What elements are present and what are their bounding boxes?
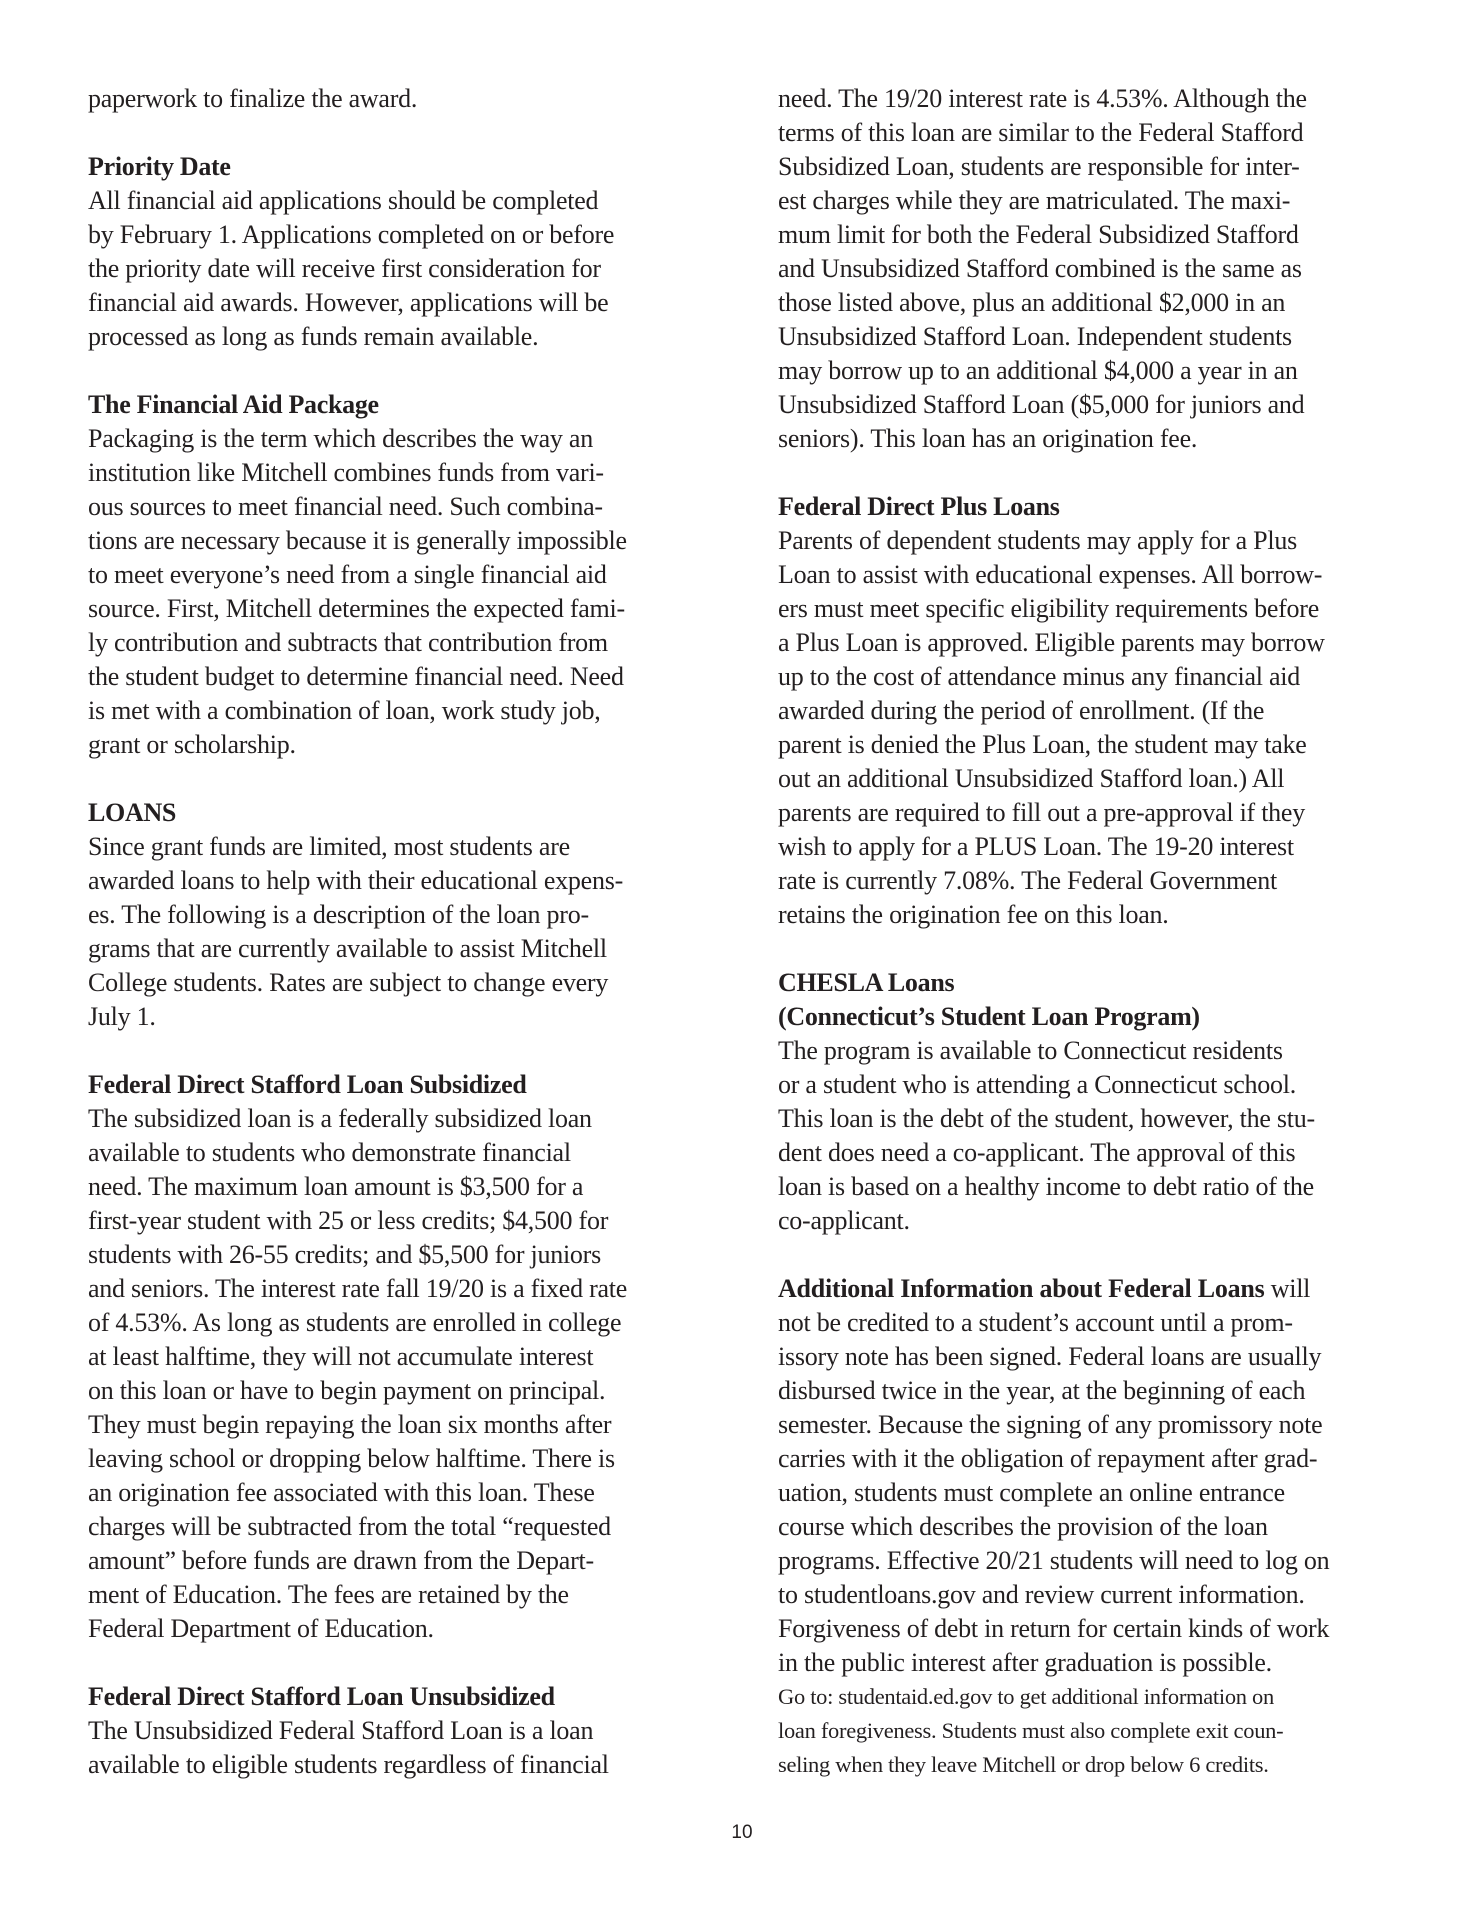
- text-line: parent is denied the Plus Loan, the stud…: [778, 728, 1418, 762]
- section-financial-aid-package: The Financial Aid Package Packaging is t…: [88, 388, 728, 762]
- text-line: the priority date will receive first con…: [88, 252, 728, 286]
- inline-text: will: [1264, 1274, 1310, 1303]
- text-line: by February 1. Applications completed on…: [88, 218, 728, 252]
- section-stafford-subsidized: Federal Direct Stafford Loan Subsidized …: [88, 1068, 728, 1646]
- text-line: rate is currently 7.08%. The Federal Gov…: [778, 864, 1418, 898]
- stafford-unsubsidized-continued: need. The 19/20 interest rate is 4.53%. …: [778, 82, 1418, 456]
- text-line-small: seling when they leave Mitchell or drop …: [778, 1748, 1418, 1782]
- text-line: All financial aid applications should be…: [88, 184, 728, 218]
- intro-paragraph: paperwork to finalize the award.: [88, 82, 728, 116]
- text-line: processed as long as funds remain availa…: [88, 320, 728, 354]
- text-line: to studentloans.gov and review current i…: [778, 1578, 1418, 1612]
- text-line: paperwork to finalize the award.: [88, 82, 728, 116]
- section-subheading: (Connecticut’s Student Loan Program): [778, 1000, 1418, 1034]
- text-line: an origination fee associated with this …: [88, 1476, 728, 1510]
- text-line: wish to apply for a PLUS Loan. The 19-20…: [778, 830, 1418, 864]
- text-line: is met with a combination of loan, work …: [88, 694, 728, 728]
- text-line: in the public interest after graduation …: [778, 1646, 1418, 1680]
- text-line: seniors). This loan has an origination f…: [778, 422, 1418, 456]
- text-line: not be credited to a student’s account u…: [778, 1306, 1418, 1340]
- text-line: those listed above, plus an additional $…: [778, 286, 1418, 320]
- section-loans: LOANS Since grant funds are limited, mos…: [88, 796, 728, 1034]
- text-line: ment of Education. The fees are retained…: [88, 1578, 728, 1612]
- section-priority-date: Priority Date All financial aid applicat…: [88, 150, 728, 354]
- text-line: College students. Rates are subject to c…: [88, 966, 728, 1000]
- text-line: the student budget to determine financia…: [88, 660, 728, 694]
- text-line: dent does need a co-applicant. The appro…: [778, 1136, 1418, 1170]
- text-line: grams that are currently available to as…: [88, 932, 728, 966]
- section-heading: Federal Direct Plus Loans: [778, 490, 1418, 524]
- text-line: Parents of dependent students may apply …: [778, 524, 1418, 558]
- text-line: es. The following is a description of th…: [88, 898, 728, 932]
- text-line: parents are required to fill out a pre-a…: [778, 796, 1418, 830]
- text-line: uation, students must complete an online…: [778, 1476, 1418, 1510]
- text-line: issory note has been signed. Federal loa…: [778, 1340, 1418, 1374]
- text-line: awarded loans to help with their educati…: [88, 864, 728, 898]
- text-line: retains the origination fee on this loan…: [778, 898, 1418, 932]
- text-line: or a student who is attending a Connecti…: [778, 1068, 1418, 1102]
- text-line: leaving school or dropping below halftim…: [88, 1442, 728, 1476]
- text-line: ous sources to meet financial need. Such…: [88, 490, 728, 524]
- text-line: grant or scholarship.: [88, 728, 728, 762]
- text-line: charges will be subtracted from the tota…: [88, 1510, 728, 1544]
- text-line: loan is based on a healthy income to deb…: [778, 1170, 1418, 1204]
- section-chesla-loans: CHESLA Loans (Connecticut’s Student Loan…: [778, 966, 1418, 1238]
- text-line: need. The 19/20 interest rate is 4.53%. …: [778, 82, 1418, 116]
- text-line: and seniors. The interest rate fall 19/2…: [88, 1272, 728, 1306]
- text-line: need. The maximum loan amount is $3,500 …: [88, 1170, 728, 1204]
- text-line: may borrow up to an additional $4,000 a …: [778, 354, 1418, 388]
- text-line: carries with it the obligation of repaym…: [778, 1442, 1418, 1476]
- text-line: amount” before funds are drawn from the …: [88, 1544, 728, 1578]
- text-line: financial aid awards. However, applicati…: [88, 286, 728, 320]
- inline-heading: Additional Information about Federal Loa…: [778, 1274, 1264, 1303]
- text-line: of 4.53%. As long as students are enroll…: [88, 1306, 728, 1340]
- section-heading: Priority Date: [88, 150, 728, 184]
- text-line: Additional Information about Federal Loa…: [778, 1272, 1418, 1306]
- text-line: ers must meet specific eligibility requi…: [778, 592, 1418, 626]
- text-line: students with 26-55 credits; and $5,500 …: [88, 1238, 728, 1272]
- text-line: Unsubsidized Stafford Loan ($5,000 for j…: [778, 388, 1418, 422]
- text-line: available to students who demonstrate fi…: [88, 1136, 728, 1170]
- text-line: Loan to assist with educational expenses…: [778, 558, 1418, 592]
- text-line: This loan is the debt of the student, ho…: [778, 1102, 1418, 1136]
- text-line: co-applicant.: [778, 1204, 1418, 1238]
- text-line: ly contribution and subtracts that contr…: [88, 626, 728, 660]
- text-line: mum limit for both the Federal Subsidize…: [778, 218, 1418, 252]
- text-line: The Unsubsidized Federal Stafford Loan i…: [88, 1714, 728, 1748]
- text-line: available to eligible students regardles…: [88, 1748, 728, 1782]
- text-line: on this loan or have to begin payment on…: [88, 1374, 728, 1408]
- section-heading: Federal Direct Stafford Loan Unsubsidize…: [88, 1680, 728, 1714]
- text-line: Subsidized Loan, students are responsibl…: [778, 150, 1418, 184]
- text-line: The program is available to Connecticut …: [778, 1034, 1418, 1068]
- section-heading: Federal Direct Stafford Loan Subsidized: [88, 1068, 728, 1102]
- text-line: July 1.: [88, 1000, 728, 1034]
- text-line: semester. Because the signing of any pro…: [778, 1408, 1418, 1442]
- text-line: institution like Mitchell combines funds…: [88, 456, 728, 490]
- right-column: need. The 19/20 interest rate is 4.53%. …: [778, 82, 1418, 1782]
- section-additional-info: Additional Information about Federal Loa…: [778, 1272, 1418, 1782]
- text-line: Packaging is the term which describes th…: [88, 422, 728, 456]
- text-line: est charges while they are matriculated.…: [778, 184, 1418, 218]
- text-line: out an additional Unsubsidized Stafford …: [778, 762, 1418, 796]
- text-line: programs. Effective 20/21 students will …: [778, 1544, 1418, 1578]
- text-line: at least halftime, they will not accumul…: [88, 1340, 728, 1374]
- text-line: disbursed twice in the year, at the begi…: [778, 1374, 1418, 1408]
- text-line: and Unsubsidized Stafford combined is th…: [778, 252, 1418, 286]
- left-column: paperwork to finalize the award. Priorit…: [88, 82, 728, 1782]
- text-line: They must begin repaying the loan six mo…: [88, 1408, 728, 1442]
- text-line: source. First, Mitchell determines the e…: [88, 592, 728, 626]
- text-line: first-year student with 25 or less credi…: [88, 1204, 728, 1238]
- section-heading: LOANS: [88, 796, 728, 830]
- text-line: Unsubsidized Stafford Loan. Independent …: [778, 320, 1418, 354]
- section-heading: The Financial Aid Package: [88, 388, 728, 422]
- text-line: up to the cost of attendance minus any f…: [778, 660, 1418, 694]
- text-line: Forgiveness of debt in return for certai…: [778, 1612, 1418, 1646]
- section-heading: CHESLA Loans: [778, 966, 1418, 1000]
- text-line: course which describes the provision of …: [778, 1510, 1418, 1544]
- page-number: 10: [0, 1822, 1484, 1844]
- section-stafford-unsubsidized: Federal Direct Stafford Loan Unsubsidize…: [88, 1680, 728, 1782]
- text-line-small: Go to: studentaid.ed.gov to get addition…: [778, 1680, 1418, 1714]
- text-line: to meet everyone’s need from a single fi…: [88, 558, 728, 592]
- text-line: Federal Department of Education.: [88, 1612, 728, 1646]
- text-line: The subsidized loan is a federally subsi…: [88, 1102, 728, 1136]
- text-line: terms of this loan are similar to the Fe…: [778, 116, 1418, 150]
- text-line: awarded during the period of enrollment.…: [778, 694, 1418, 728]
- text-line: a Plus Loan is approved. Eligible parent…: [778, 626, 1418, 660]
- text-line: tions are necessary because it is genera…: [88, 524, 728, 558]
- text-line: Since grant funds are limited, most stud…: [88, 830, 728, 864]
- document-page: paperwork to finalize the award. Priorit…: [0, 0, 1484, 1920]
- section-plus-loans: Federal Direct Plus Loans Parents of dep…: [778, 490, 1418, 932]
- text-line-small: loan foregiveness. Students must also co…: [778, 1714, 1418, 1748]
